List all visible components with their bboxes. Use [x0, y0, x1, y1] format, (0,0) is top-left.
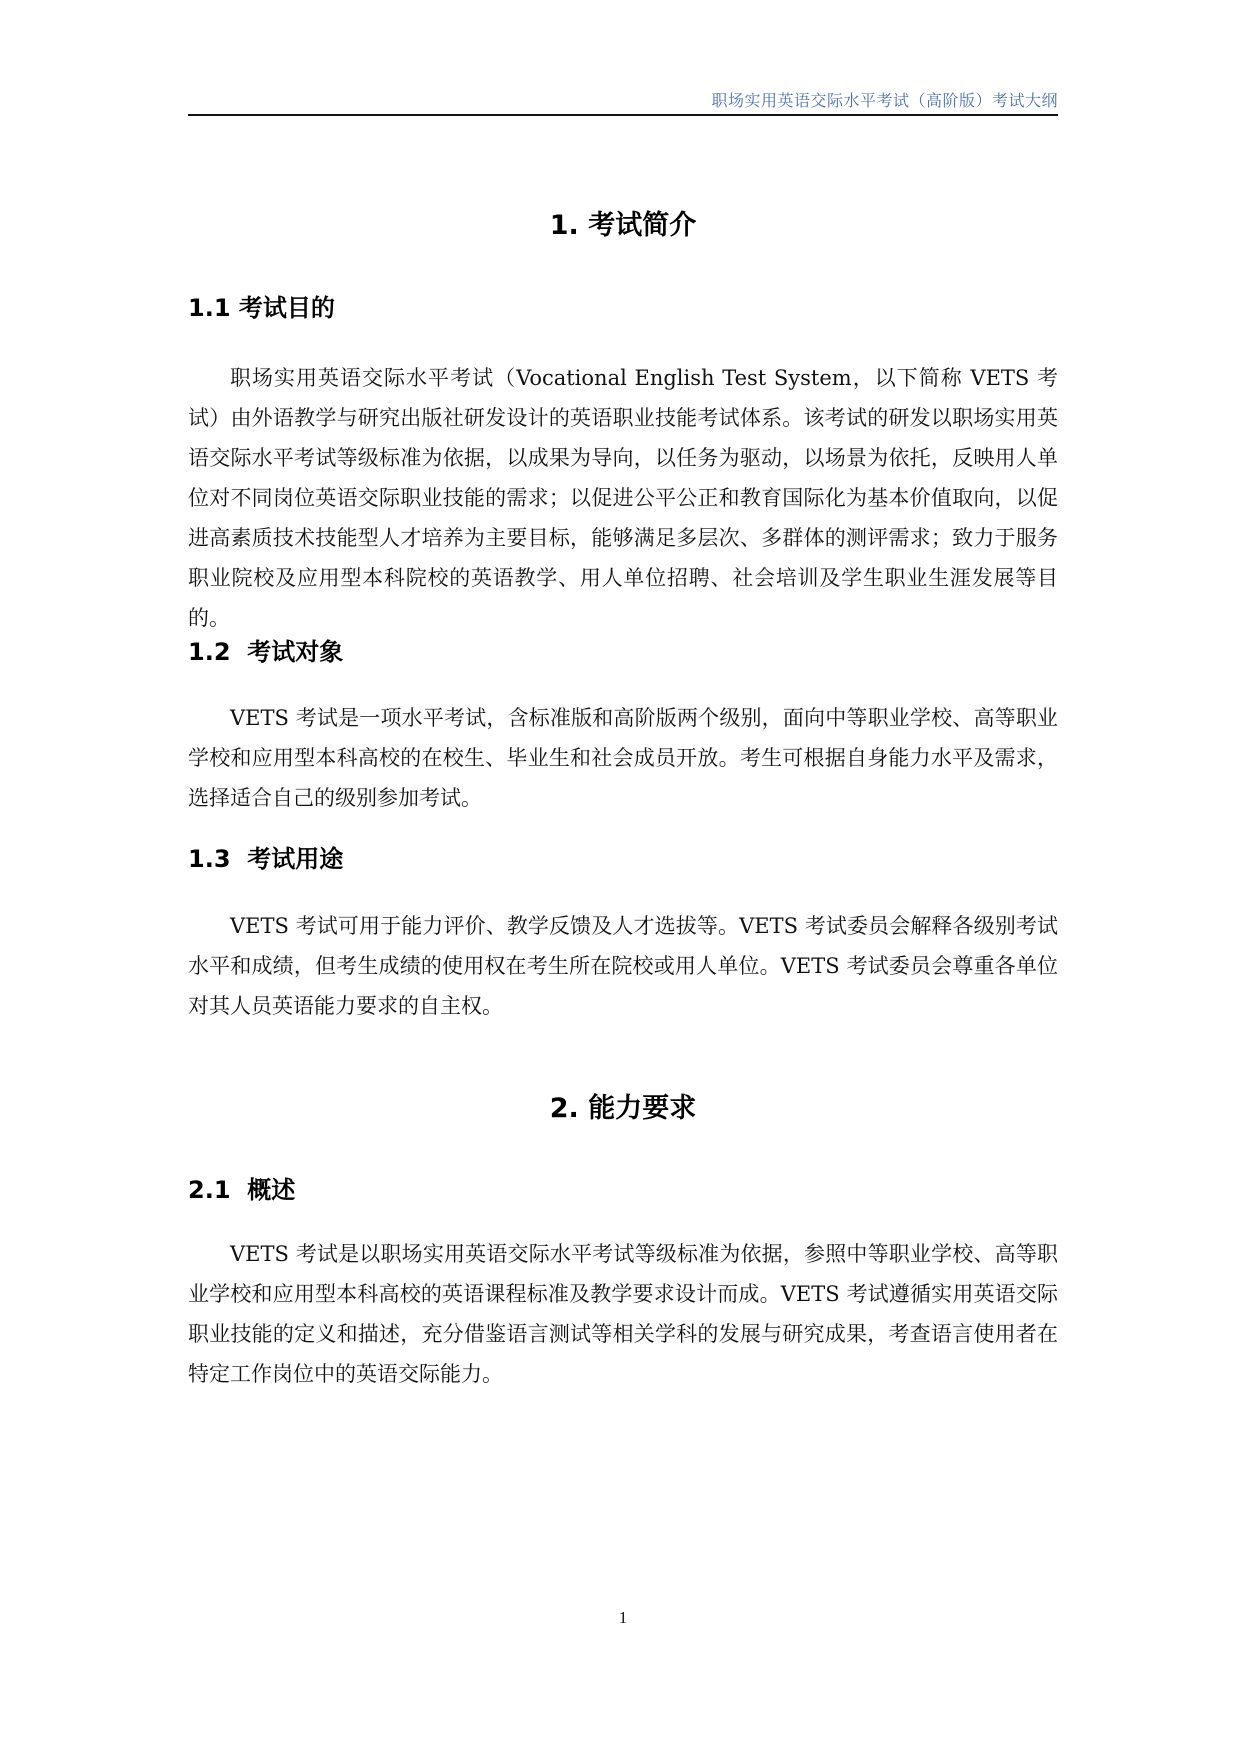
chapter-title-2: 2. 能力要求 — [188, 1086, 1058, 1125]
document-page: 职场实用英语交际水平考试（高阶版）考试大纲 1. 考试简介 1.1 考试目的 职… — [0, 0, 1240, 1753]
chapter-title-1: 1. 考试简介 — [188, 203, 1058, 242]
running-header: 职场实用英语交际水平考试（高阶版）考试大纲 — [188, 88, 1058, 111]
paragraph-exam-purpose: 职场实用英语交际水平考试（Vocational English Test Sys… — [188, 358, 1058, 638]
section-title-1-1: 1.1 考试目的 — [188, 288, 335, 323]
section-title-2-1: 2.1 概述 — [188, 1170, 295, 1205]
section-title-1-2: 1.2 考试对象 — [188, 632, 343, 667]
page-number: 1 — [188, 1608, 1058, 1628]
paragraph-overview: VETS 考试是以职场实用英语交际水平考试等级标准为依据，参照中等职业学校、高等… — [188, 1234, 1058, 1394]
paragraph-exam-uses: VETS 考试可用于能力评价、教学反馈及人才选拔等。VETS 考试委员会解释各级… — [188, 906, 1058, 1026]
section-title-1-3: 1.3 考试用途 — [188, 839, 343, 874]
paragraph-exam-candidates: VETS 考试是一项水平考试，含标准版和高阶版两个级别，面向中等职业学校、高等职… — [188, 698, 1058, 818]
header-rule — [188, 114, 1058, 116]
